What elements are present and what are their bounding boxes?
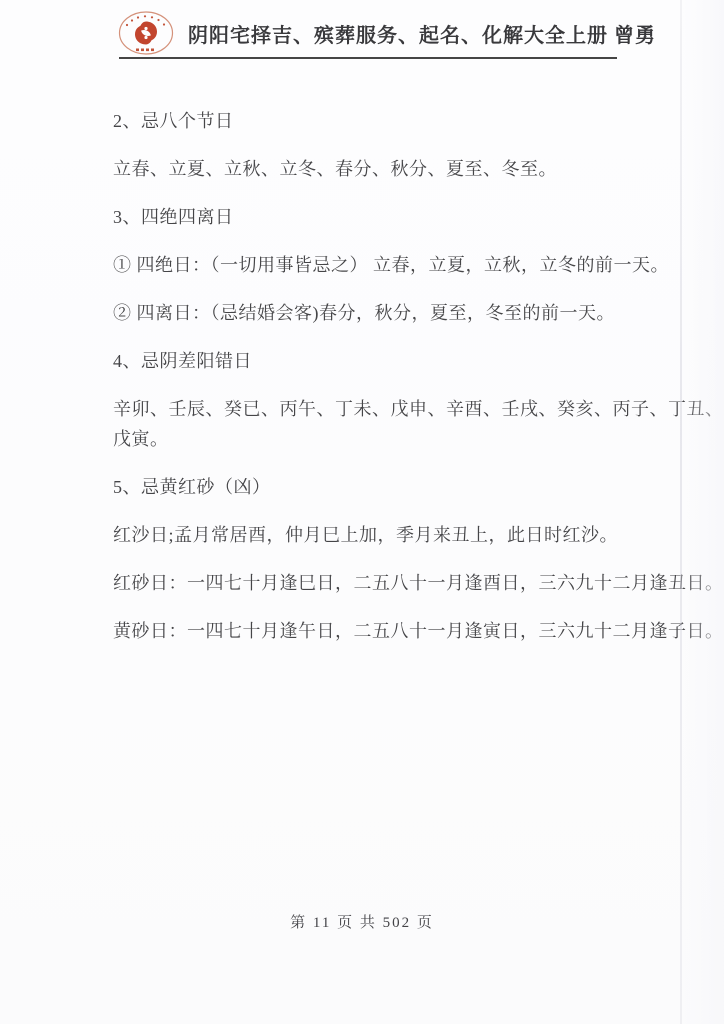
- book-title: 阴阳宅择吉、殡葬服务、起名、化解大全上册 曾勇: [188, 22, 656, 50]
- section-heading: 4、忌阴差阳错日: [113, 346, 680, 376]
- section-heading: 5、忌黄红砂（凶）: [113, 472, 680, 502]
- scan-crease-line: [680, 0, 682, 1024]
- page-number: 第 11 页 共 502 页: [0, 908, 724, 938]
- body-line: 立春、立夏、立秋、立冬、春分、秋分、夏至、冬至。: [113, 154, 680, 184]
- body-line: 红沙日;孟月常居酉，仲月巳上加，季月来丑上，此日时红沙。: [113, 520, 680, 550]
- page-body: 2、忌八个节日立春、立夏、立秋、立冬、春分、秋分、夏至、冬至。3、四绝四离日① …: [113, 106, 680, 664]
- body-line: ② 四离日：（忌结婚会客)春分，秋分，夏至，冬至的前一天。: [113, 298, 680, 328]
- section-heading: 2、忌八个节日: [113, 106, 680, 136]
- scan-edge-shadow: [682, 0, 724, 1024]
- body-line: 戊寅。: [113, 424, 680, 454]
- body-line: 辛卯、壬辰、癸已、丙午、丁未、戊申、辛酉、壬戌、癸亥、丙子、丁丑、: [113, 394, 680, 424]
- scanned-document-page: 阴阳宅择吉、殡葬服务、起名、化解大全上册 曾勇 2、忌八个节日立春、立夏、立秋、…: [0, 0, 724, 1024]
- section-heading: 3、四绝四离日: [113, 202, 680, 232]
- body-line: 黄砂日：一四七十月逢午日，二五八十一月逢寅日，三六九十二月逢子日。: [113, 616, 680, 646]
- body-line: ① 四绝日：（一切用事皆忌之） 立春，立夏，立秋，立冬的前一天。: [113, 250, 680, 280]
- publisher-logo-icon: [117, 8, 175, 63]
- body-line: 红砂日：一四七十月逢巳日，二五八十一月逢酉日，三六九十二月逢丑日。: [113, 568, 680, 598]
- header-divider: [119, 57, 617, 59]
